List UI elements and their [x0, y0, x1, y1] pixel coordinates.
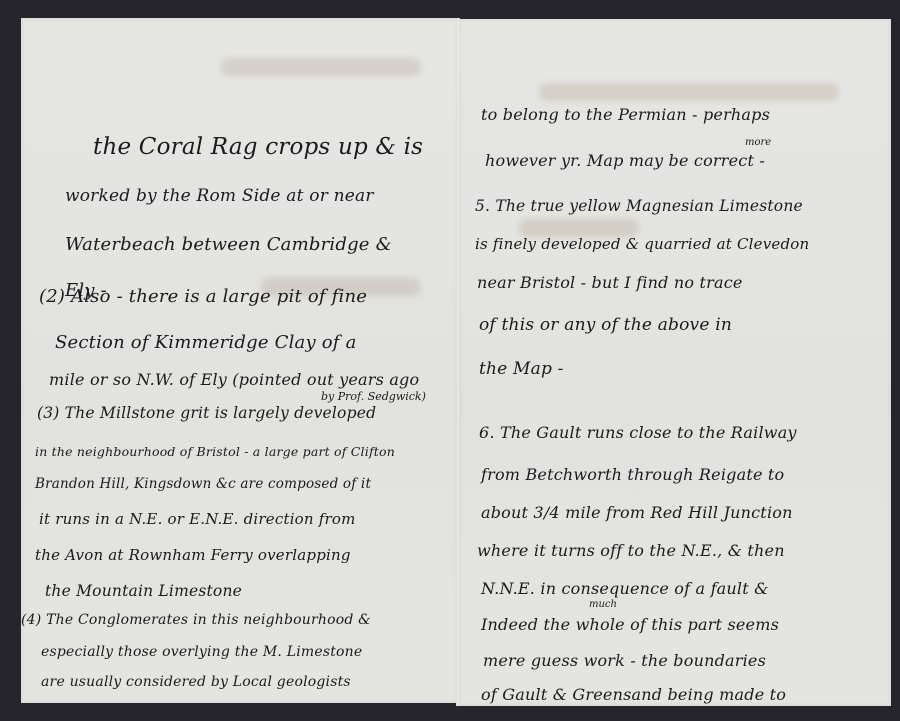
handwritten-line: to belong to the Permian - perhaps	[481, 105, 770, 124]
ink-bleed	[539, 83, 839, 101]
handwritten-line: mile or so N.W. of Ely (pointed out year…	[49, 370, 419, 389]
handwritten-line: however yr. Map may be correct -	[485, 151, 765, 170]
handwritten-line: it runs in a N.E. or E.N.E. direction fr…	[39, 510, 356, 528]
insertion-note: more	[745, 137, 771, 148]
handwritten-line: Indeed the whole of this part seems	[481, 615, 779, 634]
handwritten-line: Brandon Hill, Kingsdown &c are composed …	[35, 476, 371, 492]
handwritten-line: 5. The true yellow Magnesian Limestone	[475, 197, 803, 215]
marginal-note: by Prof. Sedgwick)	[321, 390, 426, 403]
handwritten-line: worked by the Rom Side at or near	[65, 186, 374, 206]
handwritten-line: especially those overlying the M. Limest…	[41, 644, 362, 660]
handwritten-line: the Mountain Limestone	[45, 582, 242, 600]
handwritten-line: of this or any of the above in	[479, 315, 732, 335]
handwritten-line: the Coral Rag crops up & is	[93, 134, 423, 160]
handwritten-line: is finely developed & quarried at Cleved…	[475, 235, 809, 253]
insertion-note: much	[589, 599, 617, 610]
handwritten-line: the Avon at Rownham Ferry overlapping	[35, 546, 351, 564]
handwritten-line: about 3/4 mile from Red Hill Junction	[481, 503, 793, 522]
handwritten-line: Waterbeach between Cambridge &	[65, 234, 392, 255]
handwritten-line: of Gault & Greensand being made to	[481, 685, 786, 704]
handwritten-line: (4) The Conglomerates in this neighbourh…	[21, 612, 371, 628]
handwritten-line: 6. The Gault runs close to the Railway	[479, 423, 797, 442]
left-page: the Coral Rag crops up & is worked by th…	[21, 18, 458, 703]
handwritten-line: (2) Also - there is a large pit of fine	[39, 286, 367, 307]
handwritten-line: where it turns off to the N.E., & then	[477, 541, 785, 560]
handwritten-line: near Bristol - but I find no trace	[477, 273, 743, 292]
handwritten-line: Section of Kimmeridge Clay of a	[55, 332, 357, 353]
handwritten-line: N.N.E. in consequence of a fault &	[481, 579, 769, 598]
handwritten-line: from Betchworth through Reigate to	[481, 465, 784, 484]
handwritten-line: in the neighbourhood of Bristol - a larg…	[35, 444, 395, 459]
right-page: to belong to the Permian - perhaps more …	[459, 19, 891, 706]
handwritten-line: mere guess work - the boundaries	[483, 651, 766, 670]
ink-bleed	[221, 58, 421, 76]
handwritten-line: the Map -	[479, 359, 564, 379]
handwritten-line: (3) The Millstone grit is largely develo…	[37, 404, 376, 422]
handwritten-line: are usually considered by Local geologis…	[41, 674, 351, 690]
